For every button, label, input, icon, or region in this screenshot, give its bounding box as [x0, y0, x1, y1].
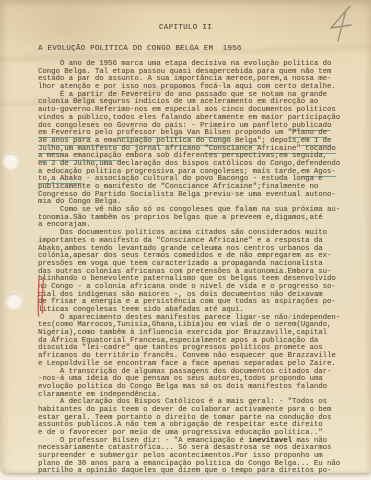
text-segment: pelo: [91, 129, 117, 137]
section-heading: A EVOLUÇÃO POLITICA DO CONGO BELGA EM 19…: [38, 45, 242, 53]
text-line: partilho a opinião daqueles que dizem qu…: [38, 468, 353, 476]
document-body: O ano de 1956 marca uma etapa decisiva n…: [38, 61, 353, 476]
scanned-typewritten-page: { "page_title": "CAPITULO II", "heading"…: [0, 0, 371, 480]
text-segment: ; depois,: [261, 137, 300, 145]
text-segment: partilho a opinião daqueles que dizem qu…: [38, 467, 331, 475]
chapter-title: CAPITULO II: [0, 24, 371, 32]
punch-hole: [6, 293, 22, 309]
paper-sheet: CAPITULO II A EVOLUÇÃO POLITICA DO CONGO…: [0, 0, 371, 473]
punch-hole: [3, 153, 19, 169]
